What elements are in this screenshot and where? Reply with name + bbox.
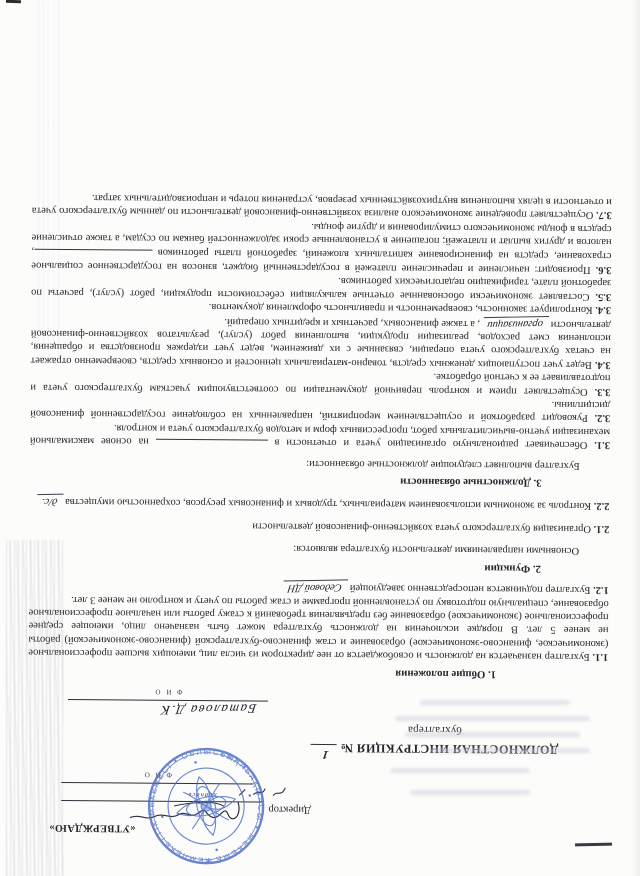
instruction-number-line: 1 — [311, 744, 337, 755]
instruction-item: 3.6. Производит: начисление и перечислен… — [31, 217, 611, 276]
instruction-item: 1.1. Бухгалтер назначается на должность … — [28, 592, 609, 664]
upside-down-sheet: «УТВЕРЖДАЮ» Директор подпись — [0, 0, 640, 876]
item-text: Обеспечивает рациональную организацию уч… — [268, 437, 595, 451]
title-block: ДОЛЖНОСТНАЯ ИНСТРУКЦИЯ № 1 бухгалтера — [270, 722, 600, 757]
item-number: 3.3. — [595, 386, 611, 397]
section: 3. Должностные обязанностиБухгалтер выпо… — [30, 190, 612, 489]
item-text: Контроль за экономным использованием мат… — [62, 496, 593, 511]
item-text: Составляет экономически обоснованные отч… — [31, 276, 611, 302]
handwritten-text: д/с. — [36, 494, 64, 509]
item-number: 3.4. — [595, 359, 611, 370]
approval-block: «УТВЕРЖДАЮ» Директор подпись — [61, 767, 312, 836]
scanned-page: «УТВЕРЖДАЮ» Директор подпись — [0, 0, 640, 876]
document-body: 1. Общие положения1.1. Бухгалтер назнача… — [28, 190, 612, 681]
fio-label: Ф И О — [68, 684, 268, 699]
document-title: ДОЛЖНОСТНАЯ ИНСТРУКЦИЯ № 1 — [270, 740, 600, 757]
approve-label: «УТВЕРЖДАЮ» — [49, 820, 299, 835]
blank-underline — [34, 248, 152, 259]
signature-line: подпись — [61, 800, 262, 815]
item-text: Бухгалтер назначается на должность и осв… — [28, 594, 608, 663]
director-label: Директор — [268, 802, 311, 816]
name-line — [61, 782, 253, 798]
instruction-item: 3.1. Обеспечивает рациональную организац… — [30, 420, 610, 452]
item-text: Бухгалтер подчиняется непосредственно за… — [347, 582, 593, 595]
item-number: 1.2. — [593, 584, 609, 595]
item-number: 3.4. — [595, 304, 611, 315]
item-number: 3.6. — [596, 264, 612, 275]
accountant-signature-line: Баталова Д.К — [68, 699, 268, 718]
item-text: Организация бухгалтерского учета хозяйст… — [252, 520, 593, 534]
item-text: , а также финансовых, расчетных и кредит… — [224, 316, 482, 329]
item-number: 3.7. — [596, 210, 612, 221]
instruction-item: 3.5. Составляет экономически обоснованны… — [31, 272, 611, 303]
accountant-name-handwritten: Баталова Д.К — [159, 702, 258, 717]
section-intro: Бухгалтер выполняет следующие должностны… — [30, 454, 610, 472]
instruction-item: 3.2. Руководит разработкой и осуществлен… — [30, 393, 610, 424]
section-intro: Основными направлениями деятельности бух… — [29, 540, 609, 558]
item-text: Осуществляет прием и контроль первичной … — [30, 371, 610, 397]
instruction-number-handwritten: 1 — [321, 747, 330, 761]
accountant-fio-block: Баталова Д.К Ф И О — [68, 684, 268, 718]
item-number: 1.1. — [592, 651, 608, 662]
instruction-item: 2.1. Организация бухгалтерского учета хо… — [29, 517, 609, 535]
item-text: Осуществляет проведение экономического а… — [32, 192, 612, 220]
section-heading: 3. Должностные обязанности — [30, 471, 542, 488]
document-subtitle: бухгалтера — [270, 722, 600, 738]
blank-underline — [156, 439, 268, 450]
fio-label: Ф И О — [61, 767, 253, 782]
instruction-item: 3.4. Ведет учет поступающих денежных сре… — [31, 312, 611, 371]
instruction-item: 3.3. Осуществляет прием и контроль перви… — [30, 367, 610, 398]
item-number: 2.1. — [594, 523, 610, 534]
item-number: 3.2. — [594, 413, 610, 424]
item-number: 3.5. — [595, 291, 611, 302]
handwritten-text: Седовой ДН — [282, 579, 348, 595]
instruction-item: 2.2. Контроль за экономным использование… — [29, 494, 609, 513]
section-heading: 2. Функции — [29, 557, 541, 574]
document-title-text: ДОЛЖНОСТНАЯ ИНСТРУКЦИЯ № — [340, 741, 558, 757]
item-text: Руководит разработкой и осуществлением м… — [30, 399, 610, 424]
section: 1. Общие положения1.1. Бухгалтер назнача… — [28, 577, 609, 680]
item-number: 2.2. — [594, 501, 610, 512]
instruction-item: 3.7. Осуществляет проведение экономическ… — [32, 190, 612, 221]
section-heading: 1. Общие положения — [28, 663, 496, 680]
handwritten-text: организации — [481, 315, 549, 331]
director-signature-row: Директор подпись — [61, 800, 311, 815]
item-number: 3.1. — [594, 439, 610, 450]
job-description-document: «УТВЕРЖДАЮ» Директор подпись — [0, 0, 640, 876]
item-text: Контролирует законность, своевременность… — [209, 301, 596, 315]
section: 2. ФункцииОсновными направлениями деятел… — [29, 494, 610, 575]
director-initials-scribble-icon — [229, 783, 289, 801]
